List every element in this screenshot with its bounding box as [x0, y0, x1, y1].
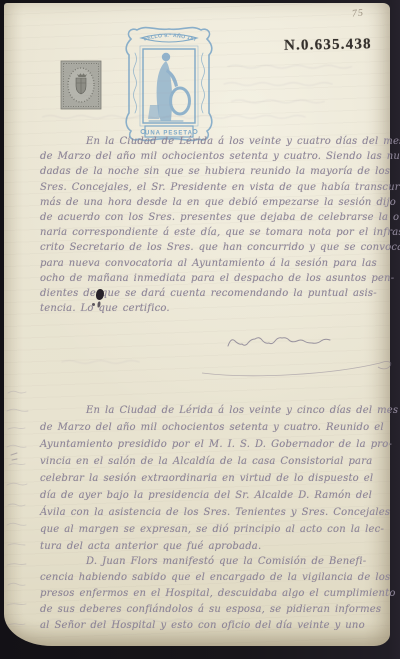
entry-paragraph-2: En la Ciudad de Lérida á los veinte y ci… [40, 402, 392, 555]
folio-number: 75 [351, 7, 364, 19]
handwritten-line: más de una hora desde la en que debió em… [40, 195, 392, 210]
handwritten-line: que al margen se expresan, se dió princi… [40, 521, 392, 538]
handwritten-line: de Marzo del año mil ochocientos setenta… [40, 419, 392, 436]
handwritten-line: de acuerdo con los Sres. presentes que d… [40, 210, 392, 225]
photo-backdrop: 75 N.0.635.438 [0, 0, 400, 659]
handwritten-line: de Marzo del año mil ochocientos setenta… [40, 149, 392, 164]
ink-speck [92, 303, 95, 306]
handwritten-line: dadas de la noche sin que se hubiera reu… [40, 164, 392, 179]
handwritten-line: al Señor del Hospital y esto con oficio … [40, 618, 392, 634]
handwritten-line: naria correspondiente á este día, que se… [40, 225, 392, 240]
entry-paragraph-1: En la Ciudad de Lérida á los veinte y cu… [40, 134, 392, 316]
handwritten-line: tura del acta anterior que fué aprobada. [40, 538, 392, 555]
handwritten-line: presos enfermos en el Hospital, descuida… [40, 586, 392, 602]
handwritten-line: Ávila con la asistencia de los Sres. Ten… [40, 504, 392, 521]
handwritten-line: ocho de mañana inmediata para el despach… [40, 271, 392, 286]
secretary-signature [226, 331, 346, 353]
handwritten-line: En la Ciudad de Lérida á los veinte y ci… [40, 402, 392, 419]
handwritten-line: crito Secretario de los Sres. que han co… [40, 240, 392, 255]
handwritten-line: vincia en el salón de la Alcaldía de la … [40, 453, 392, 470]
handwritten-line: celebrar la sesión extraordinaria en vir… [40, 470, 392, 487]
revenue-stamp-oval [171, 88, 190, 114]
handwritten-line: Ayuntamiento presidido por el M. I. S. D… [40, 436, 392, 453]
handwritten-line: dientes de que se dará cuenta recomendan… [40, 286, 392, 301]
handwritten-line: D. Juan Flors manifestó que la Comisión … [40, 554, 392, 570]
handwritten-line: cencia habiendo sabido que el encargado … [40, 570, 392, 586]
serial-number-stamp: N.0.635.438 [284, 36, 372, 55]
revenue-stamp: SELLO 9.º AÑO 1874 UNA PESETA [121, 25, 217, 143]
signature-flourish [200, 353, 398, 377]
entry-paragraph-3: D. Juan Flors manifestó que la Comisión … [40, 554, 392, 634]
municipal-stamp [60, 60, 102, 110]
margin-attendance-notes [5, 385, 39, 653]
handwritten-line: En la Ciudad de Lérida á los veinte y cu… [40, 134, 392, 149]
handwritten-line: de sus deberes confiándolos á su esposa,… [40, 602, 392, 618]
handwritten-line: Sres. Concejales, el Sr. Presidente en v… [40, 180, 392, 195]
handwritten-line: para nueva convocatoria al Ayuntamiento … [40, 256, 392, 271]
manuscript-page: 75 N.0.635.438 [4, 3, 390, 646]
handwritten-line: día de ayer bajo la presidencia del Sr. … [40, 487, 392, 504]
